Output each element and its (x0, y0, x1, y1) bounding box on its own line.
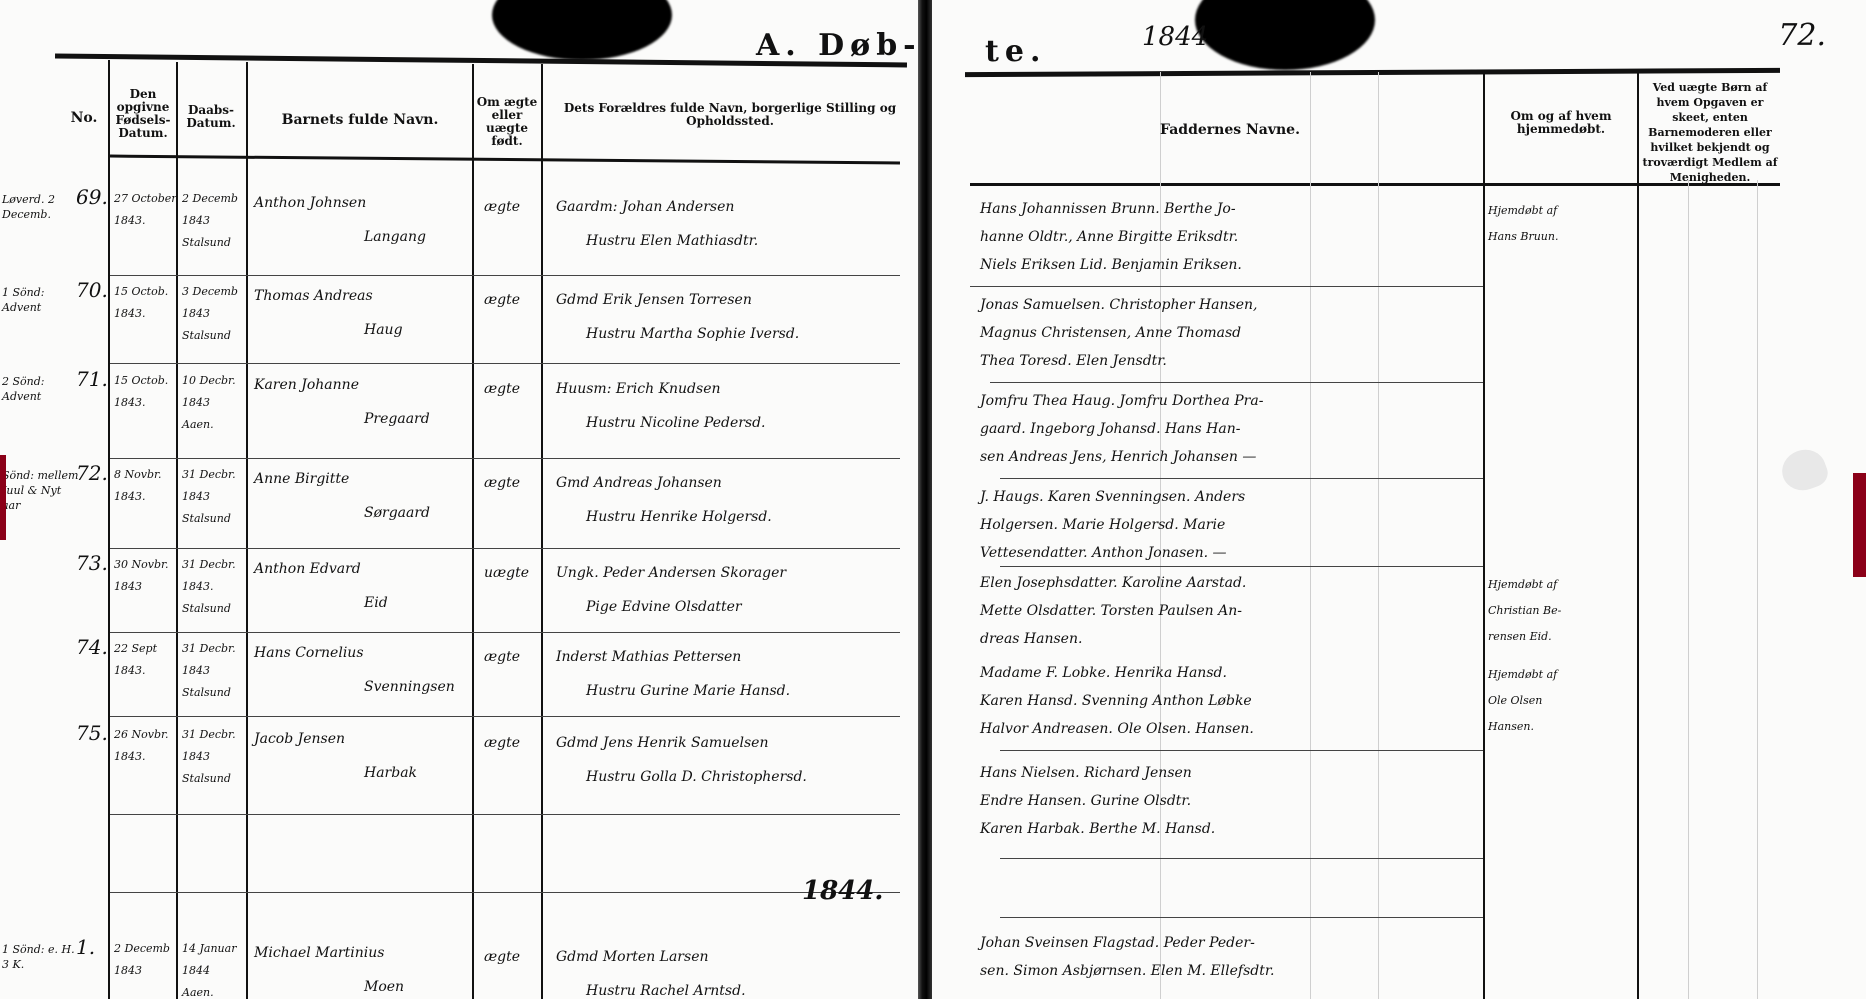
entry-baptism-date: 1843 (182, 212, 210, 230)
entry-baptism-date: Stalsund (182, 770, 231, 788)
col-line (1483, 72, 1485, 999)
entry-birth-date: 1843. (114, 212, 146, 230)
entry-child-name: Jacob Jensen (254, 726, 345, 752)
entry-home-baptism: Christian Be- (1488, 602, 1561, 620)
faint-col-line (1378, 72, 1379, 999)
row-separator (110, 892, 900, 893)
entry-birth-date: 1843. (114, 748, 146, 766)
entry-child-name: Thomas Andreas (254, 283, 373, 309)
header-birth-date: Den opgivne Fødsels-Datum. (112, 88, 174, 140)
entry-baptism-date: 1843 (182, 488, 210, 506)
year-header: 1844 (1142, 22, 1208, 52)
entry-home-baptism: Hjemdøbt af (1488, 666, 1557, 684)
entry-number: 74. (76, 634, 108, 660)
entry-baptism-date: 14 Januar (182, 940, 236, 958)
row-separator (110, 716, 900, 717)
entry-legitimacy: ægte (484, 644, 520, 670)
entry-birth-date: 1843 (114, 962, 142, 980)
entry-child-name: Anthon Edvard (254, 556, 361, 582)
entry-baptism-date: Aaen. (182, 416, 214, 434)
entry-parents: Huusm: Erich Knudsen (556, 376, 721, 402)
entry-parents: Hustru Golla D. Christophersd. (586, 764, 807, 790)
entry-sponsors: Vettesendatter. Anthon Jonasen. — (980, 540, 1227, 566)
entry-sponsors: Jomfru Thea Haug. Jomfru Dorthea Pra- (980, 388, 1263, 414)
entry-legitimacy: ægte (484, 730, 520, 756)
entry-parents: Gmd Andreas Johansen (556, 470, 722, 496)
entry-sponsors: gaard. Ingeborg Johansd. Hans Han- (980, 416, 1240, 442)
entry-parents: Hustru Martha Sophie Iversd. (586, 321, 799, 347)
entry-home-baptism: Hjemdøbt af (1488, 576, 1557, 594)
entry-sponsors: Endre Hansen. Gurine Olsdtr. (980, 788, 1191, 814)
entry-baptism-date: 1843 (182, 394, 210, 412)
entry-child-name: Anthon Johnsen (254, 190, 366, 216)
title-left: A. Døb- (756, 28, 922, 63)
entry-number: 1. (76, 934, 95, 960)
entry-parents: Inderst Mathias Pettersen (556, 644, 741, 670)
row-separator (110, 458, 900, 459)
entry-baptism-date: Stalsund (182, 510, 231, 528)
entry-parents: Hustru Gurine Marie Hansd. (586, 678, 790, 704)
entry-baptism-date: 1843 (182, 305, 210, 323)
entry-baptism-date: Stalsund (182, 600, 231, 618)
entry-sponsors: Jonas Samuelsen. Christopher Hansen, (980, 292, 1257, 318)
entry-number: 70. (76, 277, 108, 303)
entry-parents: Gdmd Morten Larsen (556, 944, 709, 970)
entry-legitimacy: ægte (484, 287, 520, 313)
entry-sponsors: hanne Oldtr., Anne Birgitte Eriksdtr. (980, 224, 1238, 250)
entry-home-baptism: Ole Olsen (1488, 692, 1542, 710)
tab-marker-right[interactable] (1853, 473, 1866, 577)
entry-sponsors: Magnus Christensen, Anne Thomasd (980, 320, 1241, 346)
entry-number: 69. (76, 184, 108, 210)
entry-baptism-date: 1843. (182, 578, 214, 596)
row-separator (110, 363, 900, 364)
faint-col-line (1310, 72, 1311, 999)
entry-sponsors: Niels Eriksen Lid. Benjamin Eriksen. (980, 252, 1242, 278)
entry-number: 73. (76, 550, 108, 576)
entry-sponsors: sen Andreas Jens, Henrich Johansen — (980, 444, 1256, 470)
entry-parents: Ungk. Peder Andersen Skorager (556, 560, 786, 586)
entry-birth-date: 30 Novbr. (114, 556, 169, 574)
entry-baptism-date: 2 Decemb (182, 190, 238, 208)
entry-parents: Pige Edvine Olsdatter (586, 594, 742, 620)
faint-col-line (1688, 180, 1689, 999)
entry-child-name: Sørgaard (364, 500, 430, 526)
col-line (472, 64, 474, 999)
header-illegitimate-note: Ved uægte Børn af hvem Opgaven er skeet,… (1640, 80, 1780, 185)
row-separator (110, 548, 900, 549)
row-separator (990, 382, 1483, 383)
entry-birth-date: 1843. (114, 662, 146, 680)
entry-birth-date: 27 October (114, 190, 177, 208)
entry-legitimacy: ægte (484, 194, 520, 220)
header-sponsors: Faddernes Navne. (1100, 124, 1360, 137)
entry-child-name: Eid (364, 590, 388, 616)
entry-child-name: Michael Martinius (254, 940, 384, 966)
entry-margin-note: 1 Sönd: Advent (2, 285, 82, 315)
entry-sponsors: Hans Nielsen. Richard Jensen (980, 760, 1192, 786)
entry-baptism-date: Aaen. (182, 984, 214, 999)
entry-sponsors: Halvor Andreasen. Ole Olsen. Hansen. (980, 716, 1254, 742)
entry-legitimacy: ægte (484, 944, 520, 970)
entry-birth-date: 2 Decemb (114, 940, 170, 958)
page-number: 72. (1778, 18, 1826, 53)
tab-marker-left[interactable] (0, 455, 6, 540)
entry-sponsors: Karen Harbak. Berthe M. Hansd. (980, 816, 1215, 842)
faint-col-line (1757, 180, 1758, 999)
entry-sponsors: Mette Olsdatter. Torsten Paulsen An- (980, 598, 1242, 624)
entry-sponsors: Hans Johannissen Brunn. Berthe Jo- (980, 196, 1236, 222)
entry-baptism-date: 1844 (182, 962, 210, 980)
entry-baptism-date: Stalsund (182, 234, 231, 252)
header-parents: Dets Forældres fulde Navn, borgerlige St… (560, 102, 900, 128)
entry-legitimacy: ægte (484, 376, 520, 402)
title-right: te. (985, 34, 1046, 69)
entry-parents: Gaardm: Johan Andersen (556, 194, 734, 220)
entry-baptism-date: 31 Decbr. (182, 556, 236, 574)
header-no: No. (62, 112, 106, 125)
entry-sponsors: Holgersen. Marie Holgersd. Marie (980, 512, 1225, 538)
entry-sponsors: Thea Toresd. Elen Jensdtr. (980, 348, 1167, 374)
row-separator (110, 275, 900, 276)
entry-home-baptism: Hjemdøbt af (1488, 202, 1557, 220)
entry-birth-date: 1843 (114, 578, 142, 596)
col-line (246, 62, 248, 999)
entry-home-baptism: Hansen. (1488, 718, 1534, 736)
entry-parents: Hustru Nicoline Pedersd. (586, 410, 766, 436)
entry-sponsors: sen. Simon Asbjørnsen. Elen M. Ellefsdtr… (980, 958, 1274, 984)
entry-sponsors: Madame F. Lobke. Henrika Hansd. (980, 660, 1227, 686)
entry-birth-date: 26 Novbr. (114, 726, 169, 744)
entry-margin-note: 2 Sönd: Advent (2, 374, 82, 404)
entry-number: 75. (76, 720, 108, 746)
entry-baptism-date: 1843 (182, 748, 210, 766)
row-separator (110, 814, 900, 815)
section-year: 1844. (802, 878, 883, 904)
entry-parents: Hustru Rachel Arntsd. (586, 978, 746, 999)
row-separator (1000, 858, 1483, 859)
entry-margin-note: Løverd. 2 Decemb. (2, 192, 82, 222)
entry-birth-date: 15 Octob. (114, 372, 168, 390)
entry-birth-date: 8 Novbr. (114, 466, 162, 484)
row-separator (970, 286, 1483, 287)
entry-legitimacy: uægte (484, 560, 529, 586)
entry-parents: Hustru Henrike Holgersd. (586, 504, 772, 530)
header-child-name: Barnets fulde Navn. (250, 114, 470, 127)
entry-birth-date: 1843. (114, 488, 146, 506)
entry-sponsors: dreas Hansen. (980, 626, 1082, 652)
book-spine (918, 0, 932, 999)
entry-number: 72. (76, 460, 108, 486)
entry-baptism-date: 31 Decbr. (182, 726, 236, 744)
entry-child-name: Svenningsen (364, 674, 455, 700)
entry-parents: Gdmd Erik Jensen Torresen (556, 287, 752, 313)
row-separator (1000, 566, 1483, 567)
entry-home-baptism: rensen Eid. (1488, 628, 1552, 646)
entry-child-name: Karen Johanne (254, 372, 359, 398)
entry-baptism-date: 1843 (182, 662, 210, 680)
row-separator (1000, 750, 1483, 751)
entry-birth-date: 1843. (114, 305, 146, 323)
entry-child-name: Pregaard (364, 406, 430, 432)
entry-child-name: Moen (364, 974, 404, 999)
entry-baptism-date: 10 Decbr. (182, 372, 236, 390)
entry-home-baptism: Hans Bruun. (1488, 228, 1558, 246)
entry-sponsors: Elen Josephsdatter. Karoline Aarstad. (980, 570, 1246, 596)
col-line (108, 60, 110, 999)
entry-parents: Gdmd Jens Henrik Samuelsen (556, 730, 768, 756)
col-line (541, 64, 543, 999)
header-legitimacy: Om ægte eller uægte født. (476, 96, 538, 148)
entry-parents: Hustru Elen Mathiasdtr. (586, 228, 758, 254)
entry-child-name: Anne Birgitte (254, 466, 349, 492)
row-separator (1000, 478, 1483, 479)
entry-child-name: Hans Cornelius (254, 640, 364, 666)
entry-baptism-date: 31 Decbr. (182, 640, 236, 658)
entry-baptism-date: Stalsund (182, 327, 231, 345)
entry-number: 71. (76, 366, 108, 392)
entry-margin-note: 1 Sönd: e. H. 3 K. (2, 942, 82, 972)
entry-baptism-date: Stalsund (182, 684, 231, 702)
row-separator (110, 632, 900, 633)
entry-birth-date: 1843. (114, 394, 146, 412)
entry-sponsors: Johan Sveinsen Flagstad. Peder Peder- (980, 930, 1255, 956)
entry-birth-date: 22 Sept (114, 640, 157, 658)
entry-child-name: Langang (364, 224, 426, 250)
header-baptism-date: Daabs-Datum. (180, 104, 242, 130)
col-line (1637, 72, 1639, 999)
entry-margin-note: Sönd: mellem Juul & Nyt aar (2, 468, 82, 513)
header-home-baptism: Om og af hvem hjemmedøbt. (1487, 110, 1635, 136)
entry-birth-date: 15 Octob. (114, 283, 168, 301)
entry-sponsors: Karen Hansd. Svenning Anthon Løbke (980, 688, 1252, 714)
entry-baptism-date: 31 Decbr. (182, 466, 236, 484)
row-separator (1000, 917, 1483, 918)
entry-child-name: Harbak (364, 760, 417, 786)
entry-sponsors: J. Haugs. Karen Svenningsen. Anders (980, 484, 1245, 510)
entry-child-name: Haug (364, 317, 403, 343)
entry-legitimacy: ægte (484, 470, 520, 496)
entry-baptism-date: 3 Decemb (182, 283, 238, 301)
